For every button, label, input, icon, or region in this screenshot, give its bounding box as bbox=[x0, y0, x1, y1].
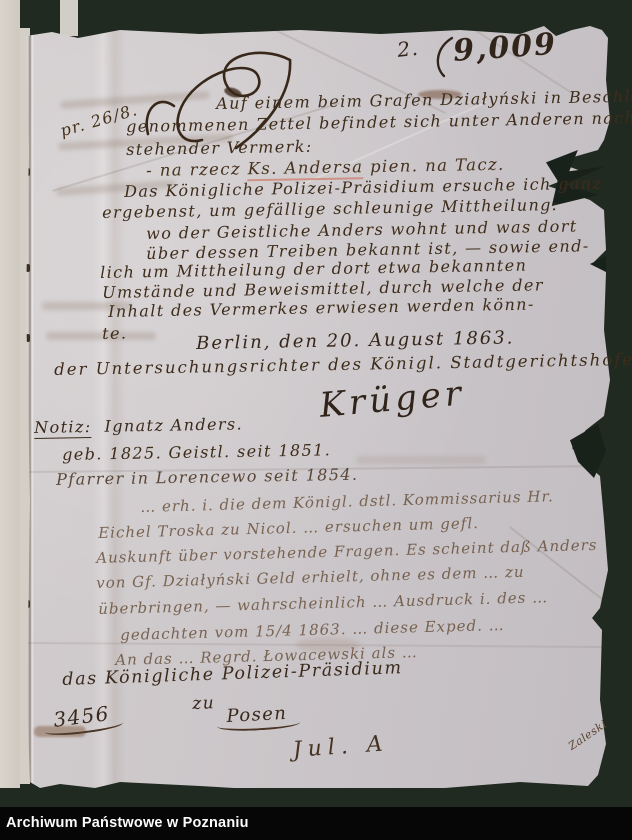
fold-line bbox=[28, 26, 34, 788]
notiz-line: Notiz: Ignatz Anders. bbox=[34, 414, 243, 437]
scanned-document-page: 2. 9,009 pr. 26/8. Auf einem beim Grafen… bbox=[0, 0, 632, 840]
body-line: stehender Vermerk: bbox=[126, 137, 313, 159]
journal-number: 9,009 bbox=[452, 27, 558, 69]
place-name: Posen bbox=[226, 703, 288, 727]
page-edge-strip bbox=[0, 0, 20, 788]
body-line: te. bbox=[102, 324, 128, 343]
notiz-name: Ignatz Anders. bbox=[104, 414, 243, 435]
closing-line: zu bbox=[192, 693, 215, 714]
notiz-label: Notiz: bbox=[34, 417, 92, 439]
archive-watermark-bar: Archiwum Państwowe w Poznaniu bbox=[0, 807, 632, 840]
quote-prefix: - na rzecz bbox=[146, 159, 248, 180]
ghost-text bbox=[46, 332, 156, 340]
ghost-text bbox=[356, 456, 486, 464]
place-name-text: Posen bbox=[226, 703, 288, 727]
archive-watermark-text: Archiwum Państwowe w Poznaniu bbox=[6, 815, 249, 831]
page-number: 2. bbox=[396, 36, 420, 62]
page-edge-strip bbox=[60, 0, 78, 36]
quote-suffix: pien. na Tacz. bbox=[363, 155, 505, 176]
